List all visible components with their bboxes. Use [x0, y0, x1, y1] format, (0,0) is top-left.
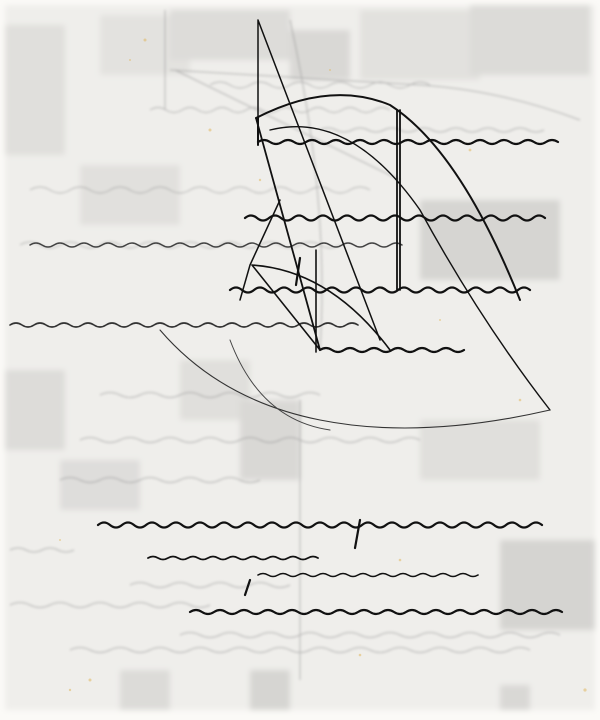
artwork-canvas — [0, 0, 600, 720]
asemic-artwork — [0, 0, 600, 720]
